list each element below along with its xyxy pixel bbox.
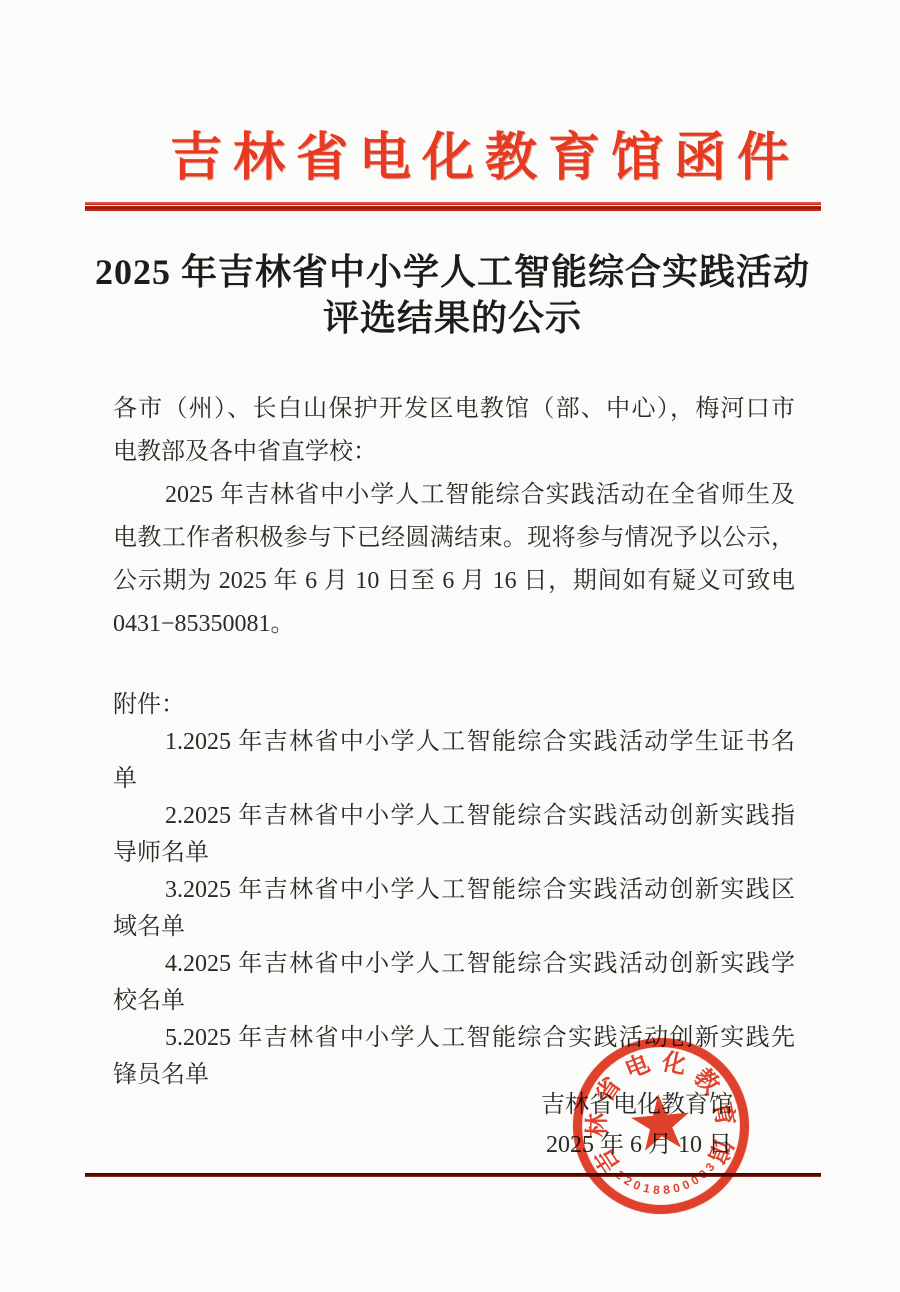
letter-body: 各市（州）、长白山保护开发区电教馆（部、中心），梅河口市 电教部及各中省直学校：…	[113, 388, 795, 646]
attachments-list: 附件： 1.2025 年吉林省中小学人工智能综合实践活动学生证书名 单 2.20…	[113, 687, 795, 1094]
attachments-label: 附件：	[113, 687, 795, 724]
attachment-line: 单	[113, 761, 795, 798]
paragraph-line: 0431−85350081。	[113, 603, 795, 646]
paragraph-line: 电教工作者积极参与下已经圆满结束。现将参与情况予以公示，	[113, 517, 795, 560]
salutation-line: 电教部及各中省直学校：	[113, 431, 795, 474]
attachment-line: 4.2025 年吉林省中小学人工智能综合实践活动创新实践学	[113, 946, 795, 983]
paragraph-line: 公示期为 2025 年 6 月 10 日至 6 月 16 日，期间如有疑义可致电	[113, 560, 795, 603]
attachment-line: 导师名单	[113, 835, 795, 872]
document-title-line-1: 2025 年吉林省中小学人工智能综合实践活动	[85, 249, 820, 295]
paragraph-line: 2025 年吉林省中小学人工智能综合实践活动在全省师生及	[113, 474, 795, 517]
attachment-line: 2.2025 年吉林省中小学人工智能综合实践活动创新实践指	[113, 798, 795, 835]
letterhead-title: 吉林省电化教育馆函件	[120, 128, 850, 190]
attachment-line: 1.2025 年吉林省中小学人工智能综合实践活动学生证书名	[113, 724, 795, 761]
official-letter-page: 吉林省电化教育馆函件 2025 年吉林省中小学人工智能综合实践活动 评选结果的公…	[0, 0, 900, 1292]
letterhead-rule	[85, 202, 821, 211]
document-title-line-2: 评选结果的公示	[85, 295, 820, 341]
star-icon: ★	[623, 1082, 698, 1164]
official-seal: ★ 吉林省电化教育馆 22018800003	[566, 1031, 757, 1222]
attachment-line: 域名单	[113, 909, 795, 946]
attachment-line: 校名单	[113, 983, 795, 1020]
document-title: 2025 年吉林省中小学人工智能综合实践活动 评选结果的公示	[85, 249, 820, 341]
salutation-line: 各市（州）、长白山保护开发区电教馆（部、中心），梅河口市	[113, 388, 795, 431]
attachment-line: 3.2025 年吉林省中小学人工智能综合实践活动创新实践区	[113, 872, 795, 909]
